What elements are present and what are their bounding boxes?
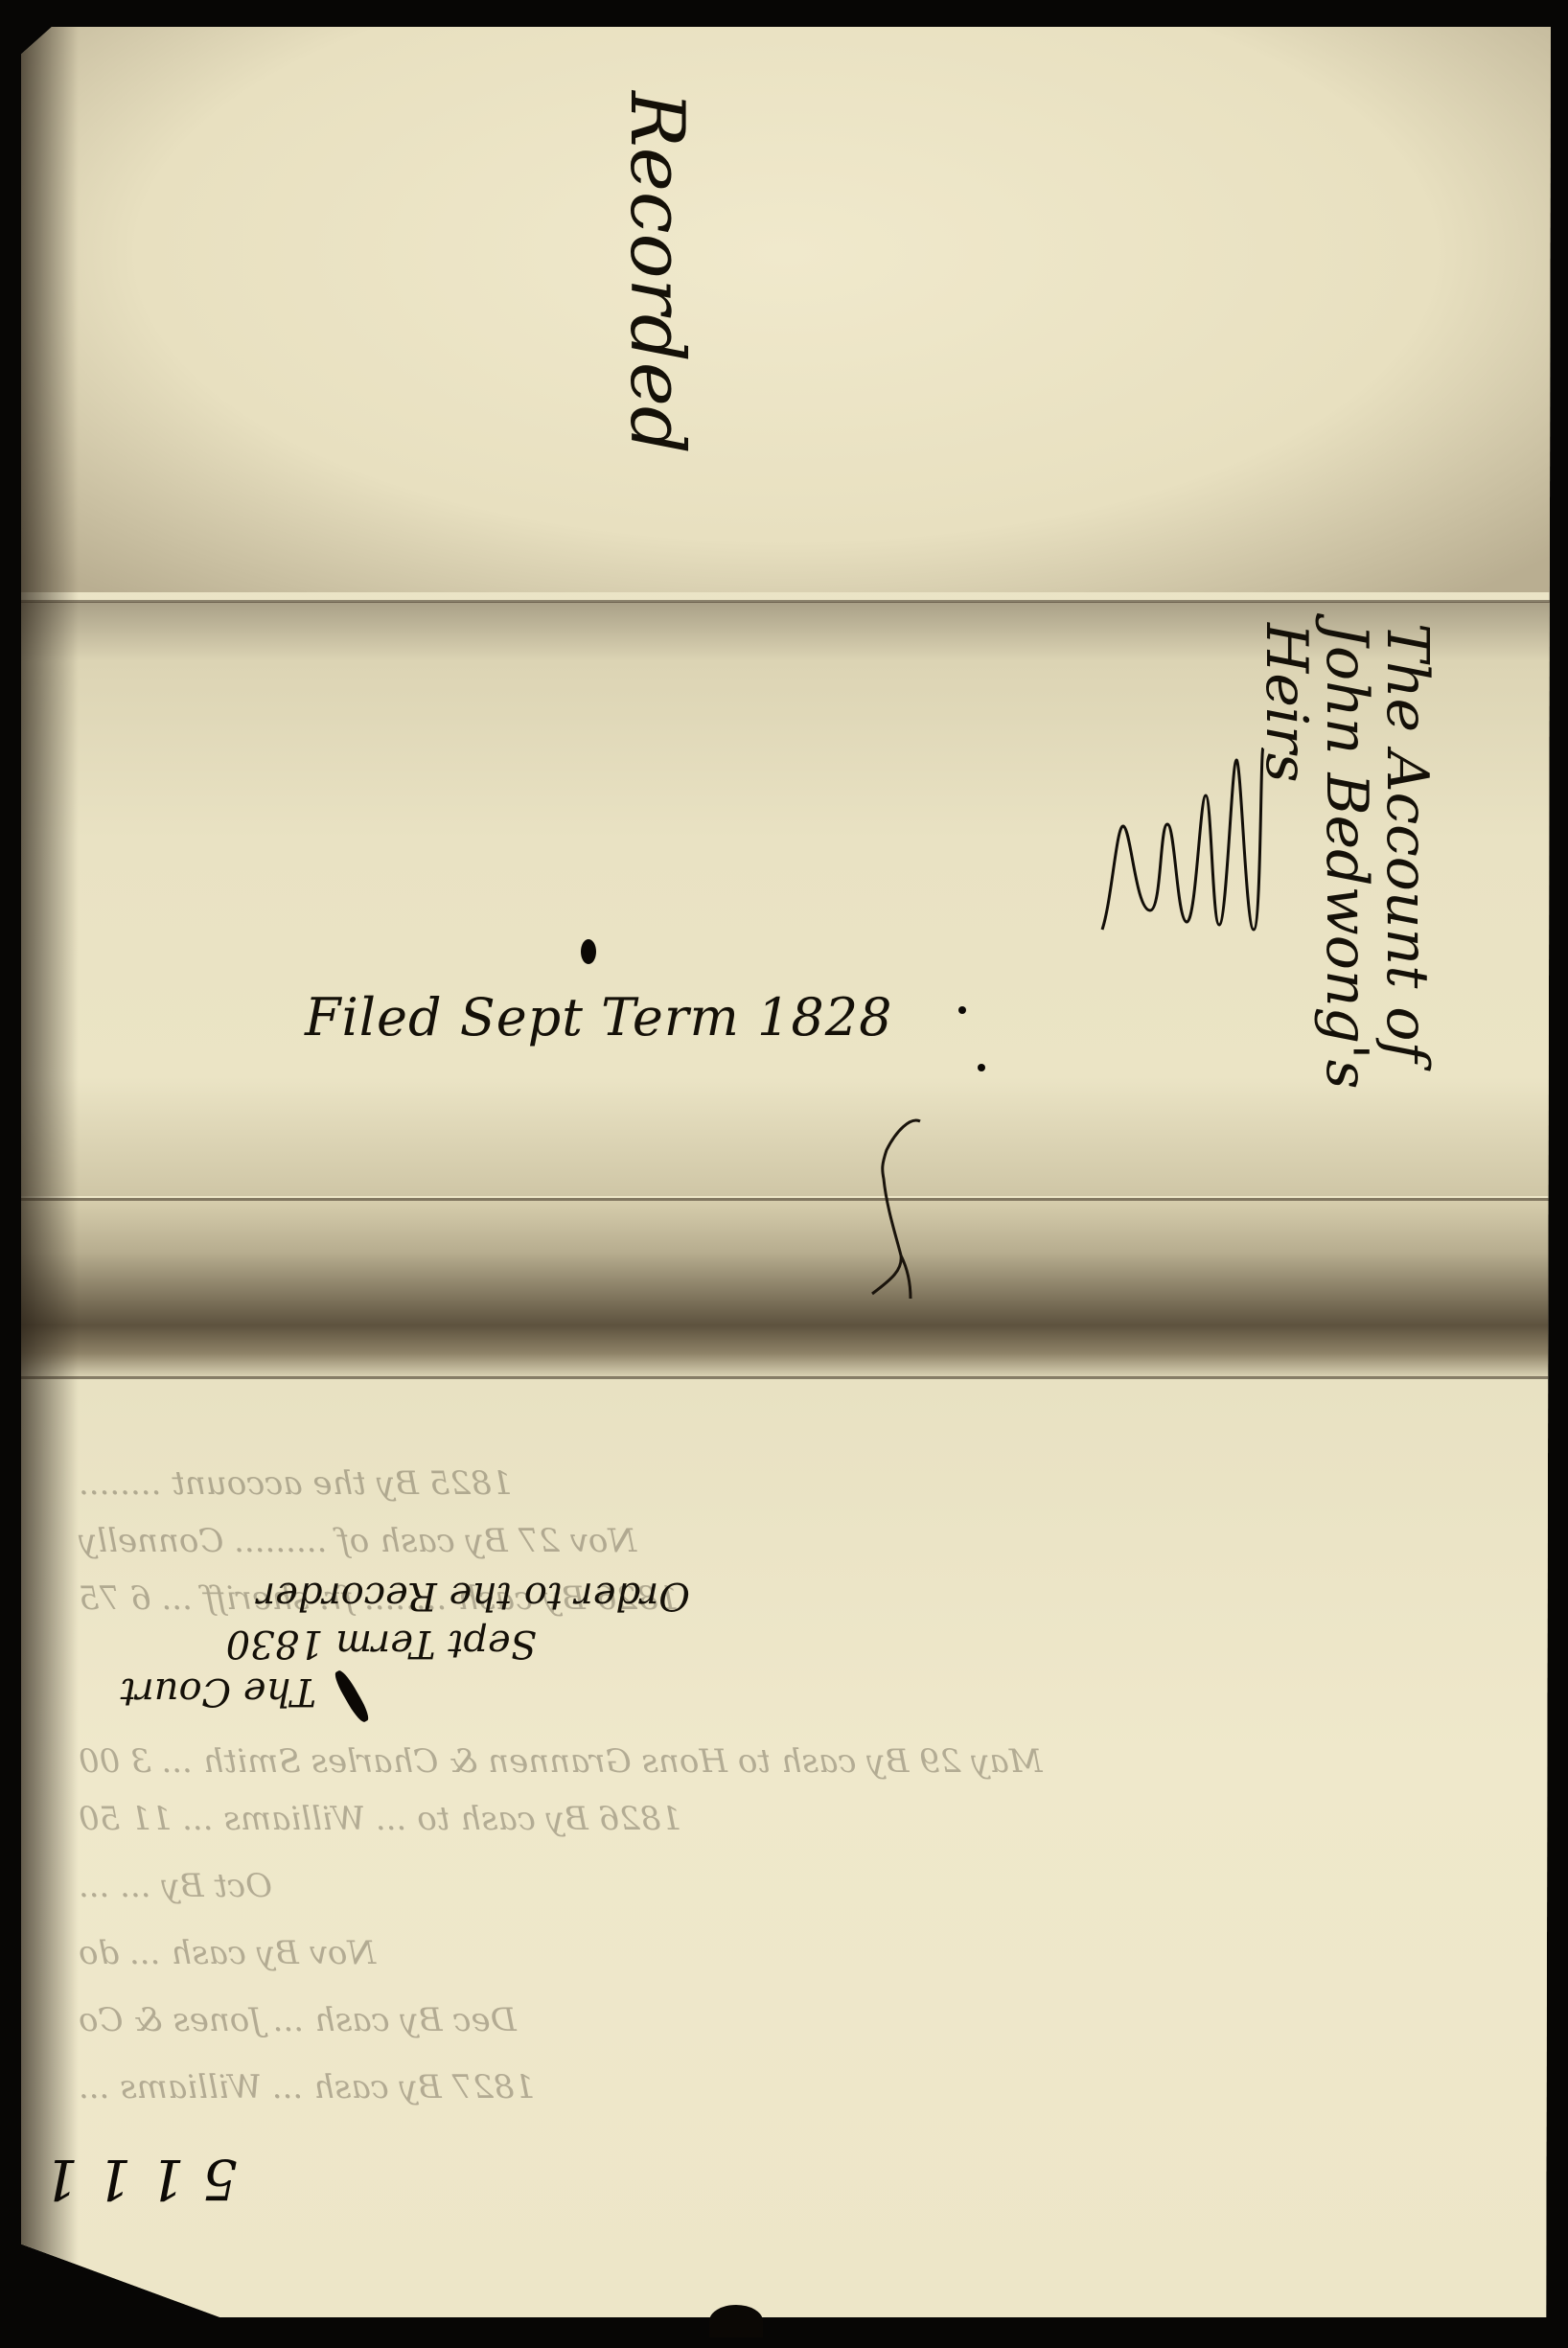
fold-crease [21,1376,1551,1379]
fold-shadow-band [21,1198,1551,1380]
ink-blot [709,2305,763,2337]
docket-title-line: The Account of [1376,623,1437,1089]
bleed-through-row: 1827 By cash ... Williams ... [59,2068,1555,2106]
ink-blot [978,1064,985,1071]
bleed-through-row: 1826 By cash to ... Williams ... 11 50 [59,1800,1555,1838]
order-annotation-upside-down: The Court Sept Term 1830 Order to the Re… [58,1572,728,1715]
document-page: 1825 By the account ........ Nov 27 By c… [21,27,1551,2317]
bleed-through-row: Nov 27 By cash of ......... Connelly [59,1522,1555,1560]
order-line: Order to the Recorder [58,1572,728,1620]
left-edge-shadow [21,27,79,2317]
filed-annotation: Filed Sept Term 1828 [305,987,892,1047]
ink-blot [958,1006,966,1014]
bleed-through-row: Nov By cash ... do [59,1934,1555,1972]
recorded-annotation: Recorded [613,91,700,454]
pen-flourish-icon [1093,748,1284,958]
top-fold-panel [21,27,1551,592]
bleed-through-row: Dec By cash ... Jones & Co [59,2001,1555,2039]
bleed-through-row: 1825 By the account ........ [59,1464,1555,1503]
bottom-fold-panel [21,1380,1551,2319]
bleed-through-row: May 29 By cash to Hons Grannen & Charles… [59,1742,1555,1781]
order-line: Sept Term 1830 [58,1620,728,1668]
ledger-sum-fragment: 5 1 1 1 [43,2147,238,2212]
fold-crease [21,600,1551,603]
paper-tear-icon [843,1112,958,1303]
bleed-through-row: Oct By ... ... [59,1867,1555,1905]
ink-blot [581,939,596,964]
fold-crease [21,1198,1551,1201]
docket-title-line: John Bedwong's [1316,623,1376,1089]
order-line: The Court [58,1668,728,1715]
